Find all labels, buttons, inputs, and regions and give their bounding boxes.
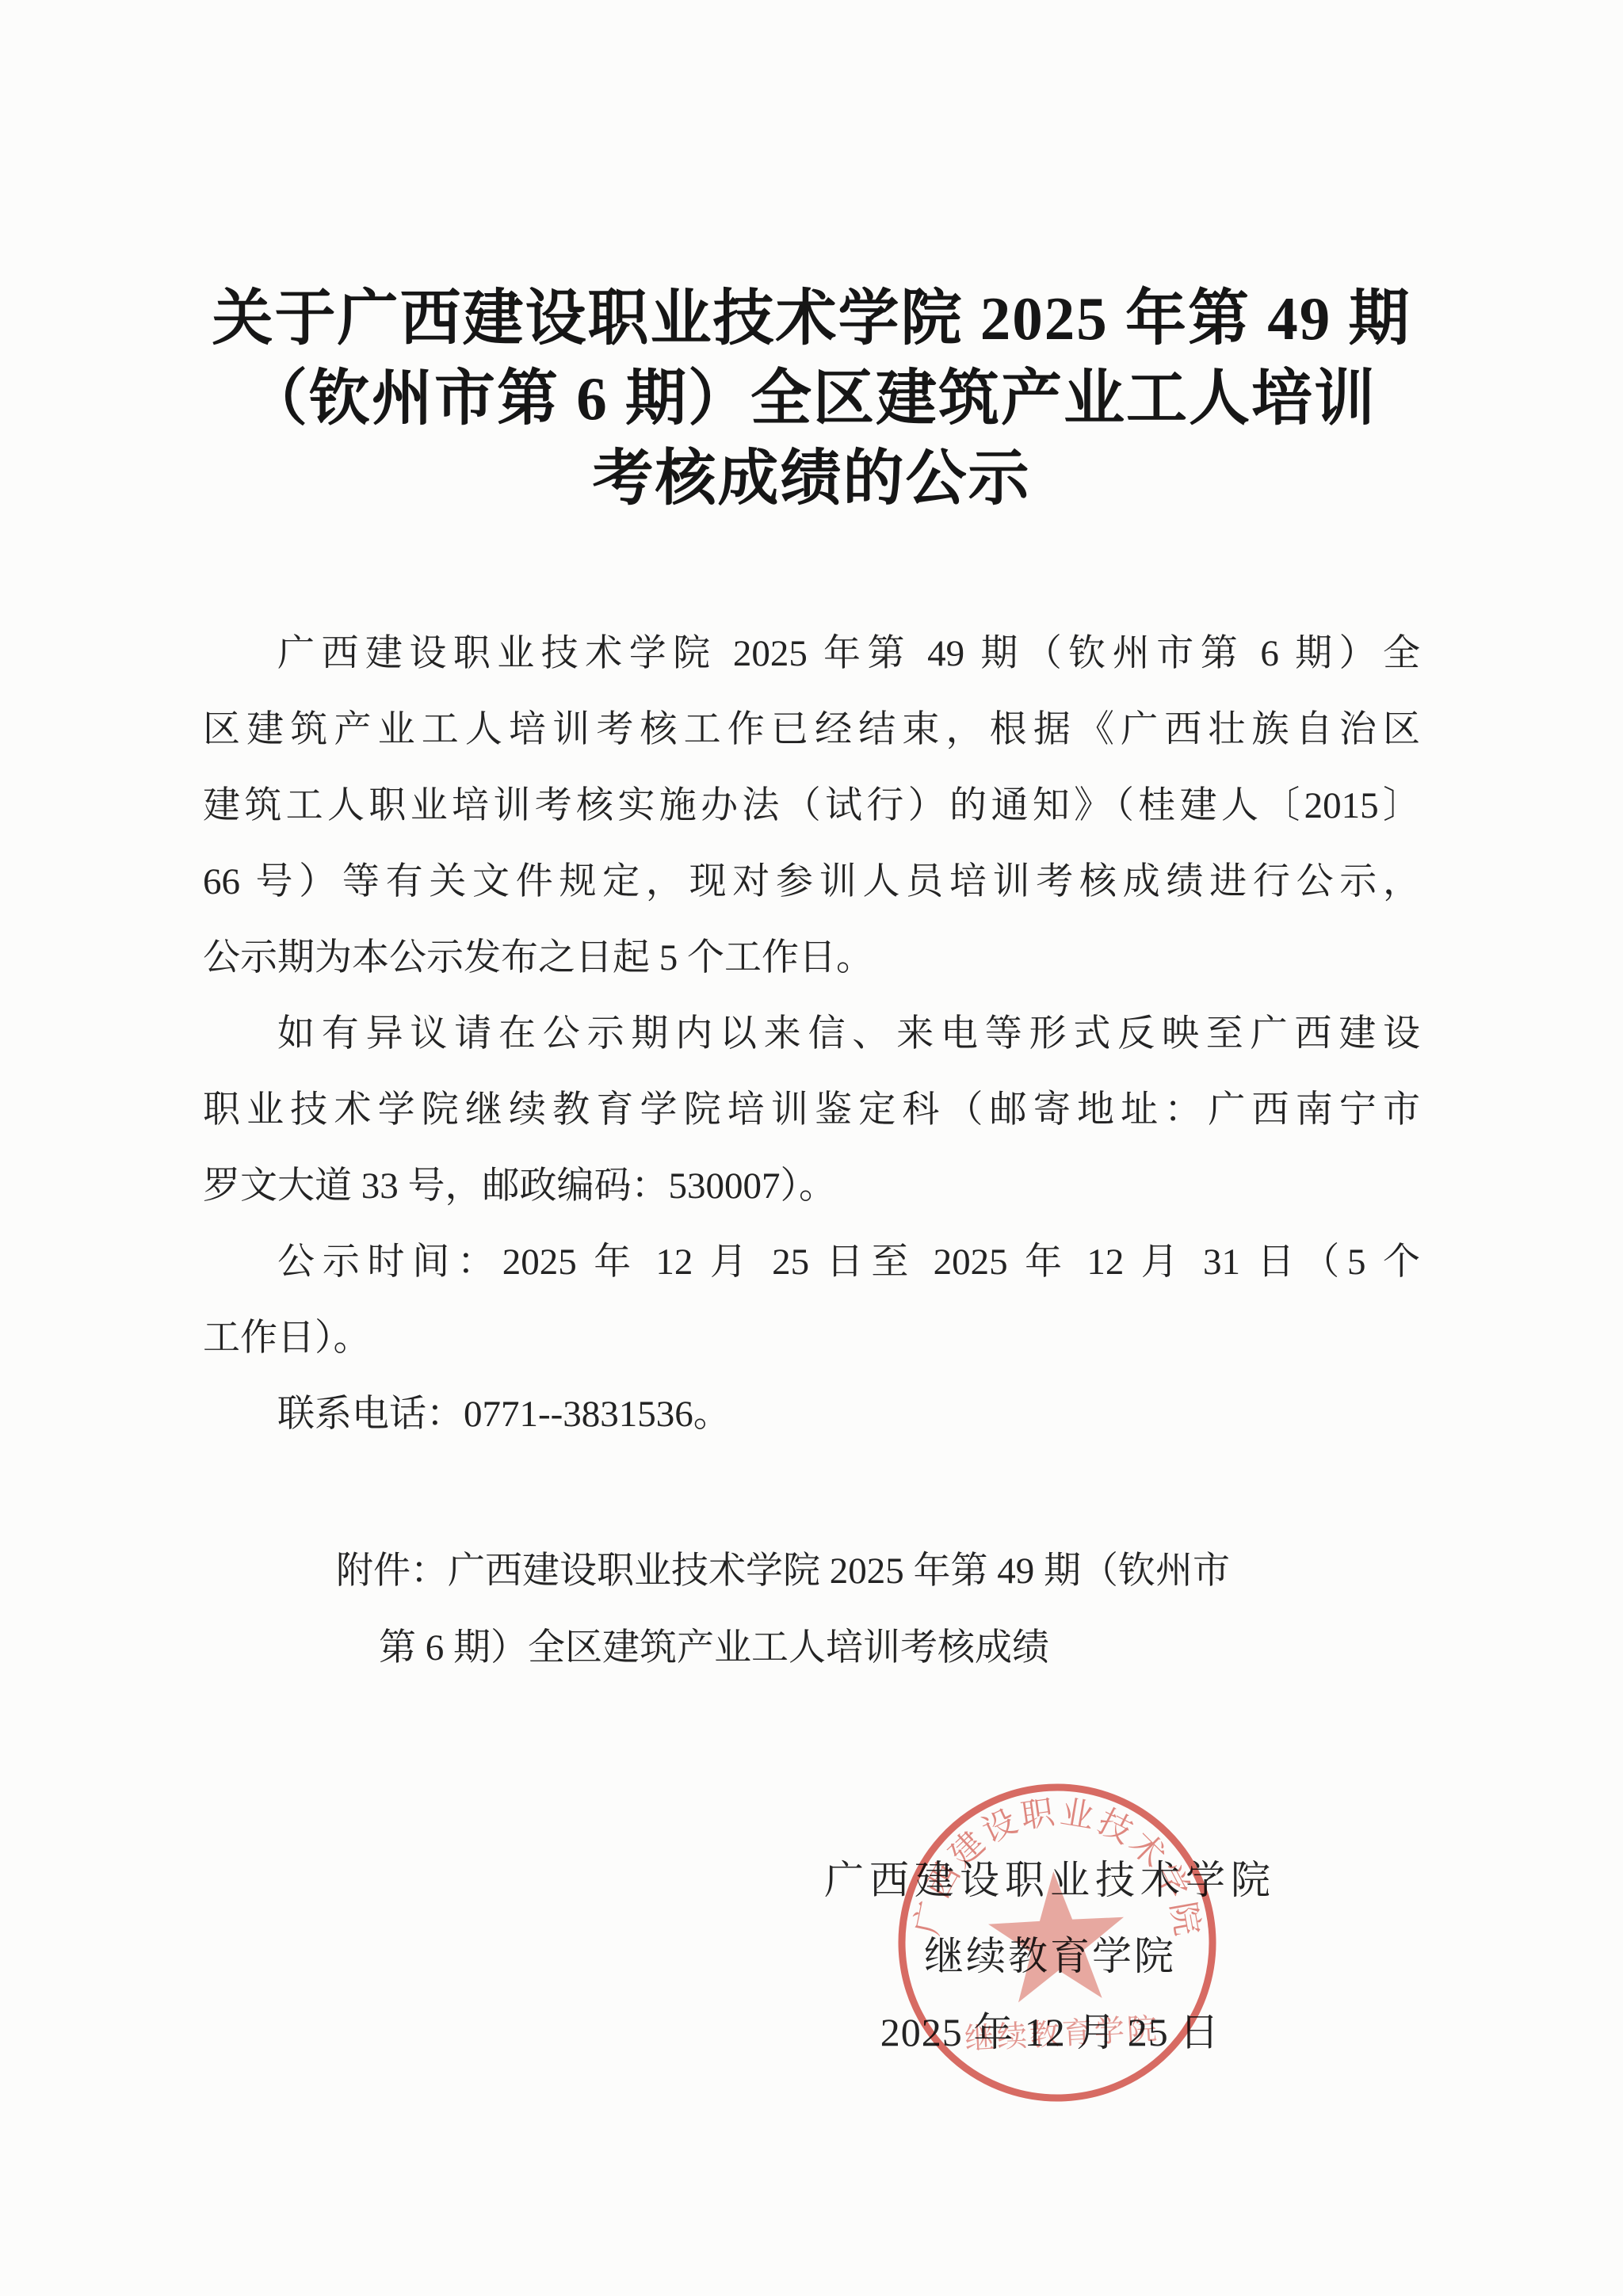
signature-dept-name: 继续教育学院: [820, 1918, 1280, 1994]
body-line-5: 公示期为本公示发布之日起 5 个工作日。: [203, 920, 1420, 996]
body-line-9: 公示时间：2025 年 12 月 25 日至 2025 年 12 月 31 日（…: [203, 1224, 1420, 1300]
body-line-8: 罗文大道 33 号，邮政编码：530007）。: [203, 1148, 1420, 1224]
body-line-10: 工作日）。: [203, 1300, 1420, 1376]
body-line-6: 如有异议请在公示期内以来信、来电等形式反映至广西建设: [203, 996, 1420, 1072]
attachment-line-2: 第 6 期）全区建筑产业工人培训考核成绩: [379, 1610, 1420, 1687]
body-line-2: 区建筑产业工人培训考核工作已经结束，根据《广西壮族自治区: [203, 692, 1420, 768]
attachment-line-1: 附件：广西建设职业技术学院 2025 年第 49 期（钦州市: [336, 1533, 1420, 1610]
document-content: 关于广西建设职业技术学院 2025 年第 49 期 （钦州市第 6 期）全区建筑…: [203, 0, 1420, 2070]
body-line-3: 建筑工人职业培训考核实施办法（试行）的通知》（桂建人〔2015〕: [203, 768, 1420, 844]
signature-org-name: 广西建设职业技术学院: [820, 1842, 1280, 1918]
body-line-4: 66 号）等有关文件规定，现对参训人员培训考核成绩进行公示，: [203, 844, 1420, 920]
signature-block: 广西建设职业技术学院 继续教育学院 2025 年 12 月 25 日: [820, 1842, 1280, 2070]
document-title: 关于广西建设职业技术学院 2025 年第 49 期 （钦州市第 6 期）全区建筑…: [203, 0, 1420, 519]
document-body: 广西建设职业技术学院 2025 年第 49 期（钦州市第 6 期）全 区建筑产业…: [203, 616, 1420, 1452]
document-page: 关于广西建设职业技术学院 2025 年第 49 期 （钦州市第 6 期）全区建筑…: [0, 0, 1623, 2296]
body-line-1: 广西建设职业技术学院 2025 年第 49 期（钦州市第 6 期）全: [203, 616, 1420, 692]
title-line-1: 关于广西建设职业技术学院 2025 年第 49 期: [203, 279, 1420, 359]
title-line-2: （钦州市第 6 期）全区建筑产业工人培训: [203, 359, 1420, 439]
attachment-note: 附件：广西建设职业技术学院 2025 年第 49 期（钦州市 第 6 期）全区建…: [203, 1533, 1420, 1687]
body-line-7: 职业技术学院继续教育学院培训鉴定科（邮寄地址：广西南宁市: [203, 1072, 1420, 1148]
signature-date: 2025 年 12 月 25 日: [820, 1994, 1280, 2070]
body-line-11: 联系电话：0771--3831536。: [203, 1376, 1420, 1452]
title-line-3: 考核成绩的公示: [203, 439, 1420, 519]
